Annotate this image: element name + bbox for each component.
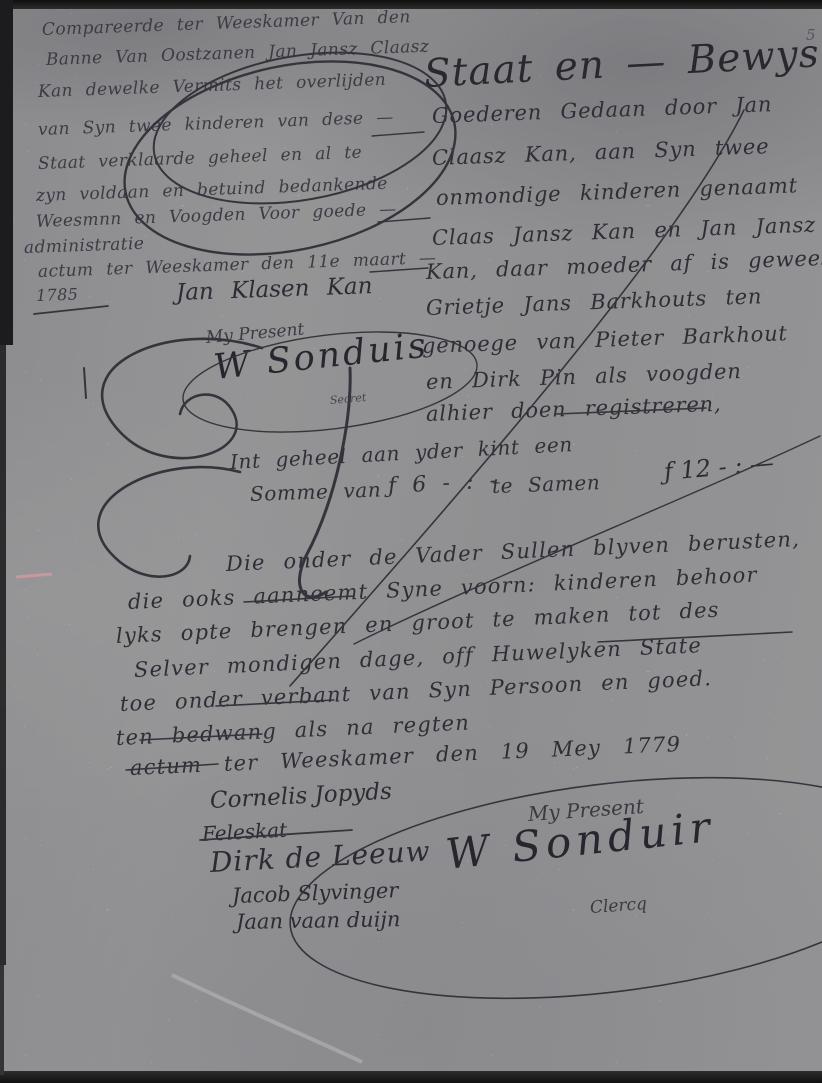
marginal-note-line: Banne Van Oostzanen Jan Jansz Claasz xyxy=(46,37,430,70)
marginal-note-line: Kan dewelke Vermits het overlijden xyxy=(38,70,387,102)
scan-edge-top xyxy=(0,0,822,9)
signature-left: Jacob Slyvinger xyxy=(232,878,399,908)
scanned-manuscript-page: Compareerde ter Weeskamer Van den Banne … xyxy=(0,0,822,1083)
signature-left: Jaan vaan duijn xyxy=(236,907,401,934)
scan-edge-left-upper xyxy=(0,0,13,345)
act-opening-line: Claasz Kan, aan Syn twee xyxy=(432,134,770,170)
act-opening-line: Goederen Gedaan door Jan xyxy=(432,92,773,128)
scan-edge-left-lower xyxy=(0,345,6,965)
amount-each: ƒ 6 - : - xyxy=(387,468,498,499)
act-opening-line: onmondige kinderen genaamt xyxy=(436,173,799,210)
allotment-line: Int geheel aan yder kint een xyxy=(229,432,573,474)
clerk-title: Clercq xyxy=(589,894,647,918)
act-heading: Staat en — Bewys van xyxy=(423,26,822,97)
act-opening-line: Kan, daar moeder af is geweest xyxy=(426,245,822,284)
allotment-line: Somme van xyxy=(250,477,382,506)
marginal-note-line: Weesmnn en Voogden Voor goede — xyxy=(36,199,397,232)
act-opening-line: Claas Jansz Kan en Jan Jansz xyxy=(432,213,817,250)
page-number: 5 xyxy=(806,26,816,44)
signature-left: Cornelis Jopyds xyxy=(209,778,392,813)
amount-total: ƒ 12 - : — xyxy=(663,448,775,485)
marginal-note-line: Staat verklaarde geheel en al te xyxy=(38,143,363,174)
act-opening-line: alhier doen registreren, xyxy=(426,392,722,426)
act-opening-line: Grietje Jans Barkhouts ten xyxy=(426,284,763,320)
act-opening-line: genoege van Pieter Barkhout xyxy=(422,321,789,358)
scan-edge-left-foot xyxy=(0,965,4,1075)
party-signature: Jan Klasen Kan xyxy=(176,273,373,306)
marginal-year: 1785 xyxy=(36,285,79,305)
scan-edge-bottom xyxy=(0,1071,822,1083)
act-opening-line: en Dirk Pin als voogden xyxy=(426,359,742,394)
marginal-note-line: administratie xyxy=(24,234,145,258)
allotment-line: te Samen xyxy=(492,470,601,498)
marginal-note-line: van Syn twee kinderen van dese — xyxy=(38,108,394,140)
witness-title: Secret xyxy=(329,391,366,407)
marginal-note-line: Compareerde ter Weeskamer Van den xyxy=(42,7,411,40)
